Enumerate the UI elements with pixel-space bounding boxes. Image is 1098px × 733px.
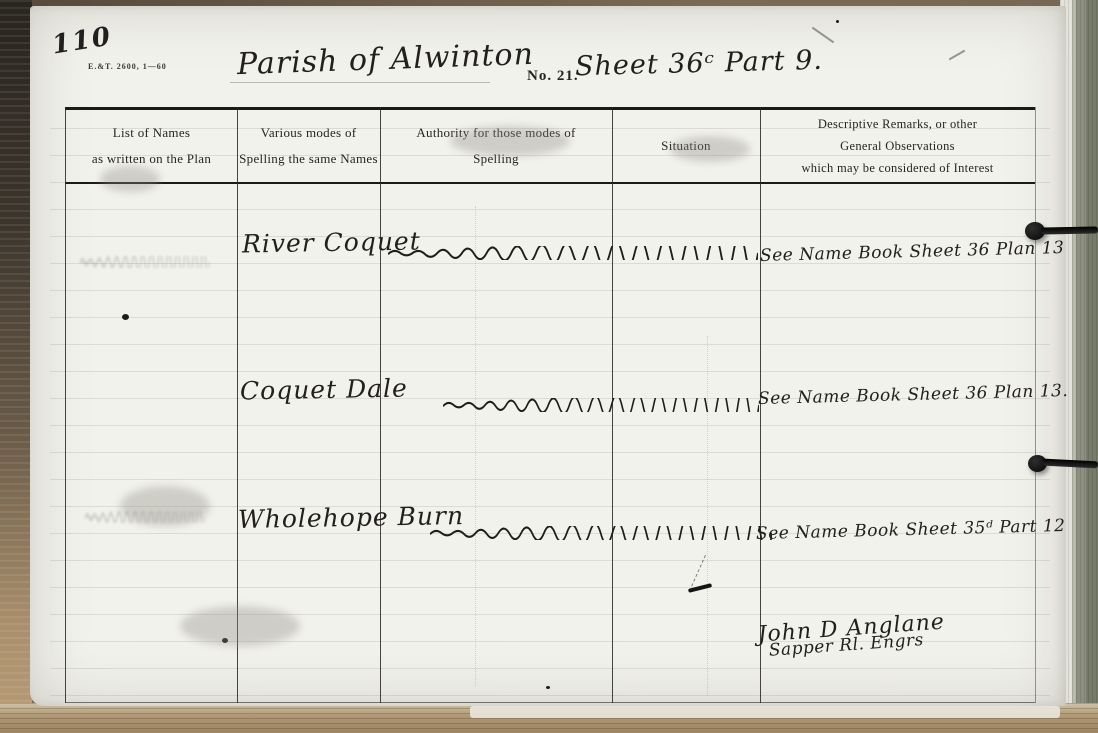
- show-through-column-line: [475, 206, 476, 686]
- ditto-squiggle: [443, 398, 759, 412]
- scan-smudge: [100, 166, 160, 192]
- column-header-modes-of-spelling: Various modes of Spelling the same Names: [238, 110, 379, 182]
- parish-title: Parish of Alwinton: [236, 37, 534, 82]
- scan-smudge: [180, 606, 300, 646]
- scan-smudge: [670, 136, 750, 162]
- ink-speck: [836, 20, 839, 23]
- ink-speck: [546, 686, 550, 689]
- photographed-name-book-page: 110 E.&T. 2600, 1—60 Parish of Alwinton …: [0, 0, 1098, 733]
- column-header-descriptive-remarks: Descriptive Remarks, or other General Ob…: [761, 110, 1034, 182]
- show-through-ghost: [80, 256, 210, 268]
- sheet-number-label: No. 21.: [527, 68, 579, 85]
- pencil-stroke: [812, 27, 834, 44]
- binding-cord: [1041, 227, 1098, 235]
- pencil-stroke: [949, 50, 966, 61]
- ditto-squiggle: [388, 246, 758, 260]
- surveyor-signature: John D Anglane Sapper Rl. Engrs: [757, 610, 947, 662]
- sheet-title: Sheet 36ᶜ Part 9.: [575, 45, 824, 82]
- column-border-2: [380, 107, 381, 703]
- header-line: Descriptive Remarks, or other: [818, 113, 977, 135]
- page-number: 110: [50, 21, 114, 60]
- ditto-squiggle: [430, 526, 772, 540]
- table-bottom-border: [65, 702, 1035, 703]
- entry-remarks: See Name Book Sheet 36 Plan 13: [760, 238, 1065, 266]
- document-page: 110 E.&T. 2600, 1—60 Parish of Alwinton …: [30, 6, 1066, 706]
- dashed-pencil-stroke: [691, 555, 707, 587]
- underlying-page-edge: [470, 706, 1060, 718]
- header-line: Various modes of: [261, 120, 357, 146]
- ink-blot: [122, 314, 129, 320]
- printer-mark: E.&T. 2600, 1—60: [88, 62, 167, 71]
- book-binding-left-edge: [0, 0, 32, 733]
- scan-smudge: [450, 126, 570, 156]
- header-line: Spelling the same Names: [239, 146, 378, 172]
- entry-remarks: See Name Book Sheet 35ᵈ Part 12: [756, 516, 1066, 544]
- entry-name: Coquet Dale: [240, 374, 408, 406]
- entry-remarks: See Name Book Sheet 36 Plan 13.: [758, 381, 1069, 409]
- table-border-left: [65, 107, 66, 703]
- header-line: List of Names: [113, 120, 191, 146]
- scan-smudge: [120, 486, 210, 526]
- show-through-column-line: [707, 336, 708, 696]
- table-border-right: [1035, 107, 1036, 703]
- parish-underline: [230, 82, 490, 83]
- header-line: General Observations: [840, 135, 955, 157]
- header-line: which may be considered of Interest: [801, 157, 993, 179]
- header-bottom-border: [65, 182, 1035, 184]
